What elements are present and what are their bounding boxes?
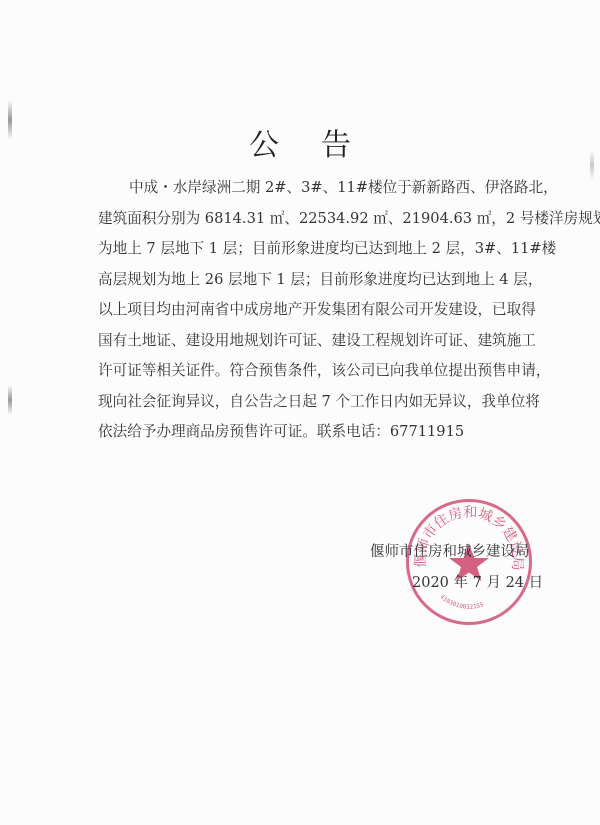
body-line: 为地上 7 层地下 1 层；目前形象进度均已达到地上 2 层，3#、11#楼	[98, 234, 538, 265]
body-line: 许可证等相关证件。符合预售条件，该公司已向我单位提出预售申请，	[98, 356, 538, 387]
body-line: 现向社会征询异议，自公告之日起 7 个工作日内如无异议，我单位将	[98, 387, 538, 418]
seal-star-icon: 偃师市住房和城乡建设局 4103810032155	[409, 502, 529, 622]
body-line: 以上项目均由河南省中成房地产开发集团有限公司开发建设，已取得	[98, 295, 538, 326]
body-line: 依法给予办理商品房预售许可证。联系电话：67711915	[98, 417, 538, 448]
svg-text:4103810032155: 4103810032155	[439, 593, 485, 610]
official-seal: 偃师市住房和城乡建设局 4103810032155	[406, 499, 532, 625]
body-line: 国有土地证、建设用地规划许可证、建设工程规划许可证、建筑施工	[98, 326, 538, 357]
scanned-document-page: 公告 中成・水岸绿洲二期 2#、3#、11#楼位于新新路西、伊洛路北， 建筑面积…	[0, 0, 600, 825]
scan-edge-mark	[8, 385, 12, 415]
body-line: 中成・水岸绿洲二期 2#、3#、11#楼位于新新路西、伊洛路北，	[98, 173, 538, 204]
body-line: 建筑面积分别为 6814.31 ㎡、22534.92 ㎡、21904.63 ㎡，…	[98, 204, 538, 235]
body-line: 高层规划为地上 26 层地下 1 层；目前形象进度均已达到地上 4 层，	[98, 265, 538, 296]
document-title: 公告	[0, 120, 600, 164]
announcement-body: 中成・水岸绿洲二期 2#、3#、11#楼位于新新路西、伊洛路北， 建筑面积分别为…	[98, 173, 538, 448]
issue-date: 2020 年 7 月 24 日	[412, 571, 543, 592]
issuer-signature: 偃师市住房和城乡建设局	[370, 540, 530, 561]
